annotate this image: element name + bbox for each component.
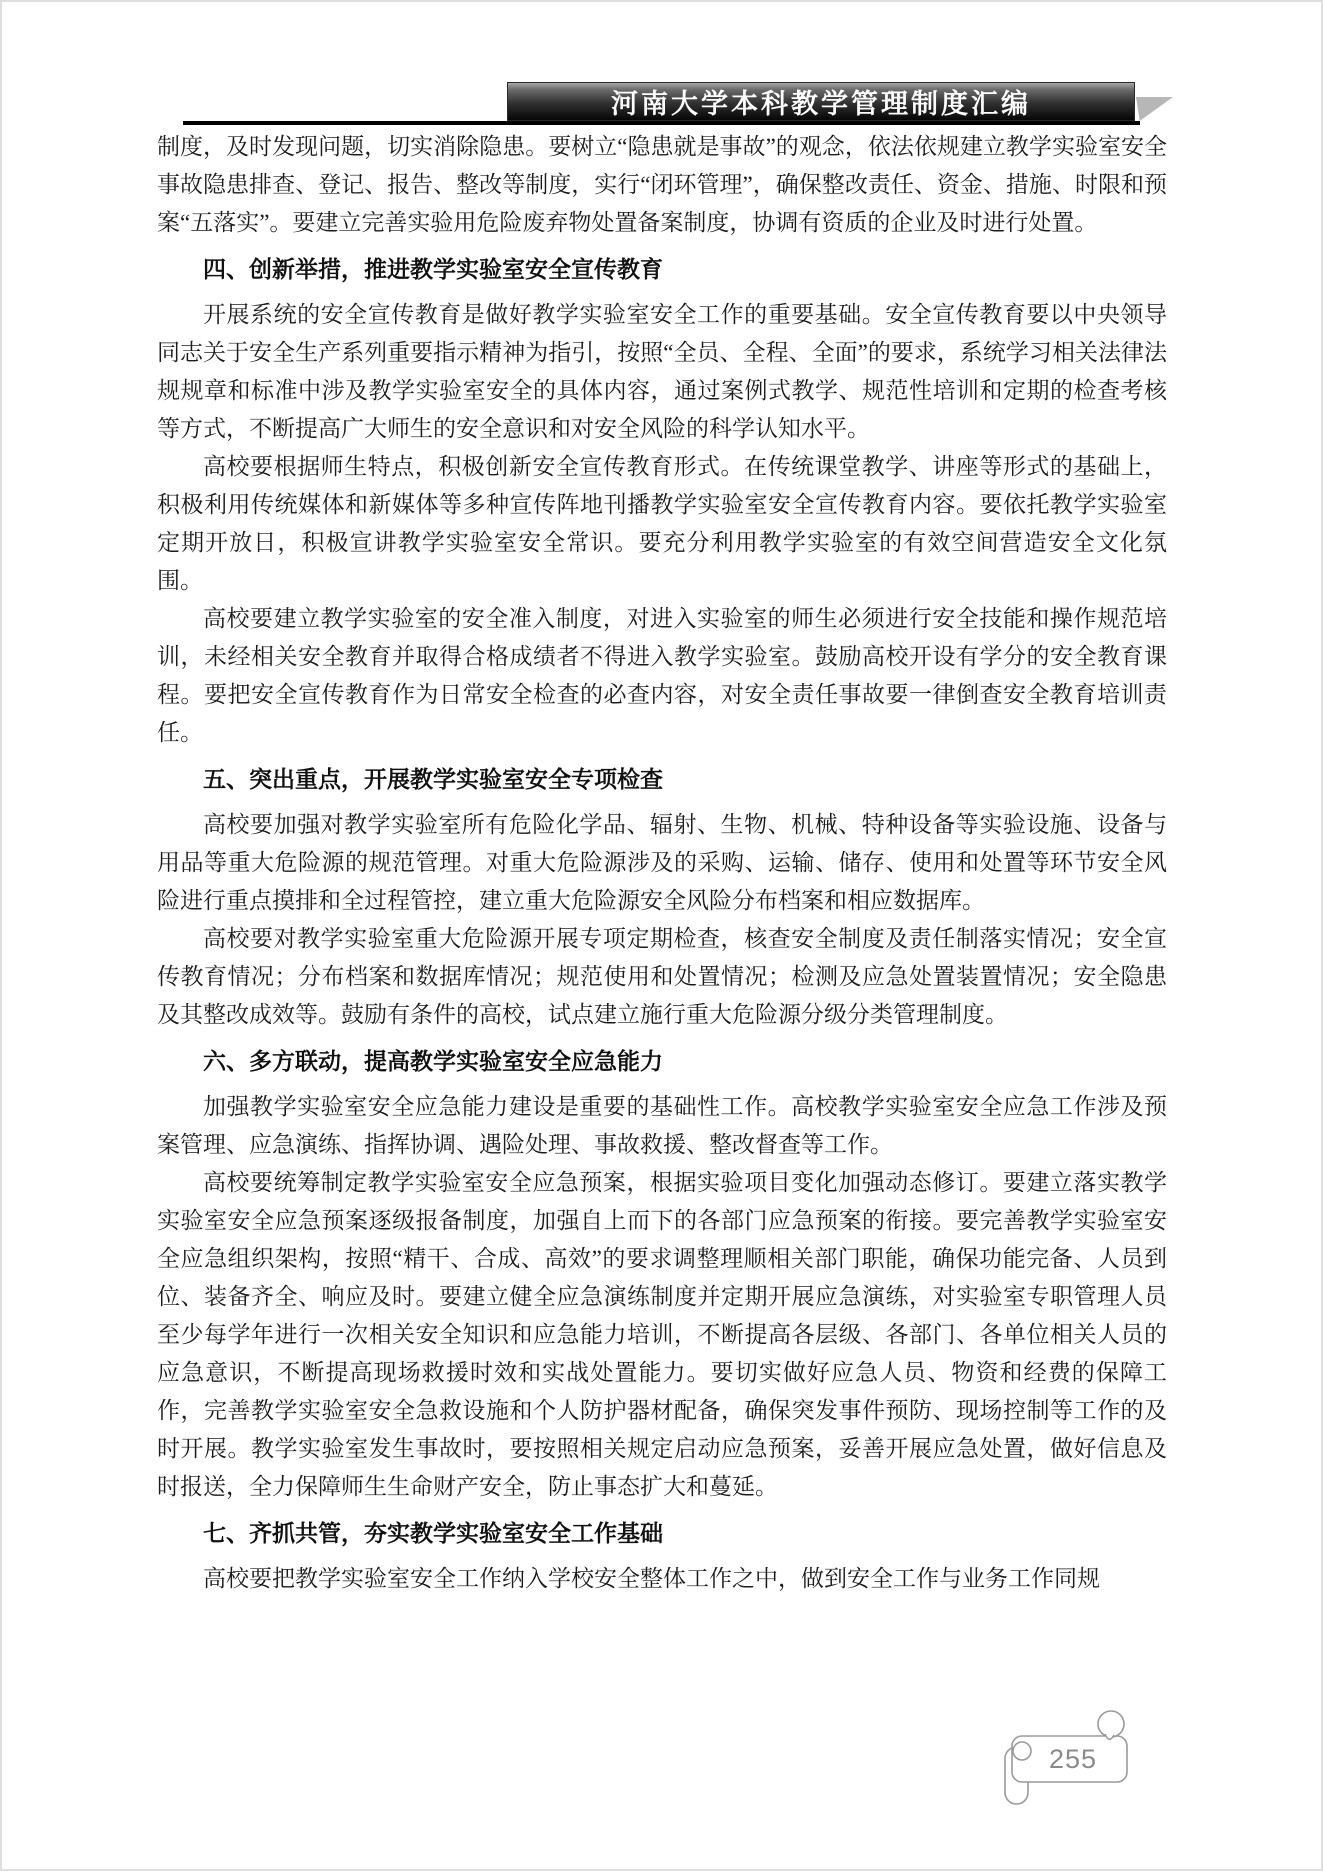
paragraph-continuation: 制度，及时发现问题，切实消除隐患。要树立“隐患就是事故”的观念，依法依规建立教学… [157, 128, 1167, 242]
section-heading-5: 五、突出重点，开展教学实验室安全专项检查 [157, 760, 1167, 798]
section-heading-7: 七、齐抓共管，夯实教学实验室安全工作基础 [157, 1514, 1167, 1552]
document-body: 制度，及时发现问题，切实消除隐患。要树立“隐患就是事故”的观念，依法依规建立教学… [157, 128, 1167, 1598]
paragraph: 加强教学实验室安全应急能力建设是重要的基础性工作。高校教学实验室安全应急工作涉及… [157, 1088, 1167, 1164]
header-rule [183, 121, 1140, 125]
paragraph: 高校要对教学实验室重大危险源开展专项定期检查，核查安全制度及责任制落实情况；安全… [157, 920, 1167, 1034]
header-banner: 河南大学本科教学管理制度汇编 [507, 82, 1135, 121]
section-heading-6: 六、多方联动，提高教学实验室安全应急能力 [157, 1042, 1167, 1080]
paragraph: 高校要加强对教学实验室所有危险化学品、辐射、生物、机械、特种设备等实验设施、设备… [157, 806, 1167, 920]
paragraph: 开展系统的安全宣传教育是做好教学实验室安全工作的重要基础。安全宣传教育要以中央领… [157, 296, 1167, 448]
paragraph: 高校要把教学实验室安全工作纳入学校安全整体工作之中，做到安全工作与业务工作同规 [157, 1560, 1167, 1598]
paragraph: 高校要建立教学实验室的安全准入制度，对进入实验室的师生必须进行安全技能和操作规范… [157, 600, 1167, 752]
page-number: 255 [1038, 1744, 1108, 1775]
document-page: 河南大学本科教学管理制度汇编 制度，及时发现问题，切实消除隐患。要树立“隐患就是… [0, 0, 1323, 1871]
section-heading-4: 四、创新举措，推进教学实验室安全宣传教育 [157, 250, 1167, 288]
paragraph: 高校要根据师生特点，积极创新安全宣传教育形式。在传统课堂教学、讲座等形式的基础上… [157, 448, 1167, 600]
page-number-scroll: 255 [1002, 1708, 1137, 1810]
banner-fold-icon [1136, 97, 1173, 121]
paragraph: 高校要统筹制定教学实验室安全应急预案，根据实验项目变化加强动态修订。要建立落实教… [157, 1164, 1167, 1506]
document-title: 河南大学本科教学管理制度汇编 [611, 82, 1031, 121]
